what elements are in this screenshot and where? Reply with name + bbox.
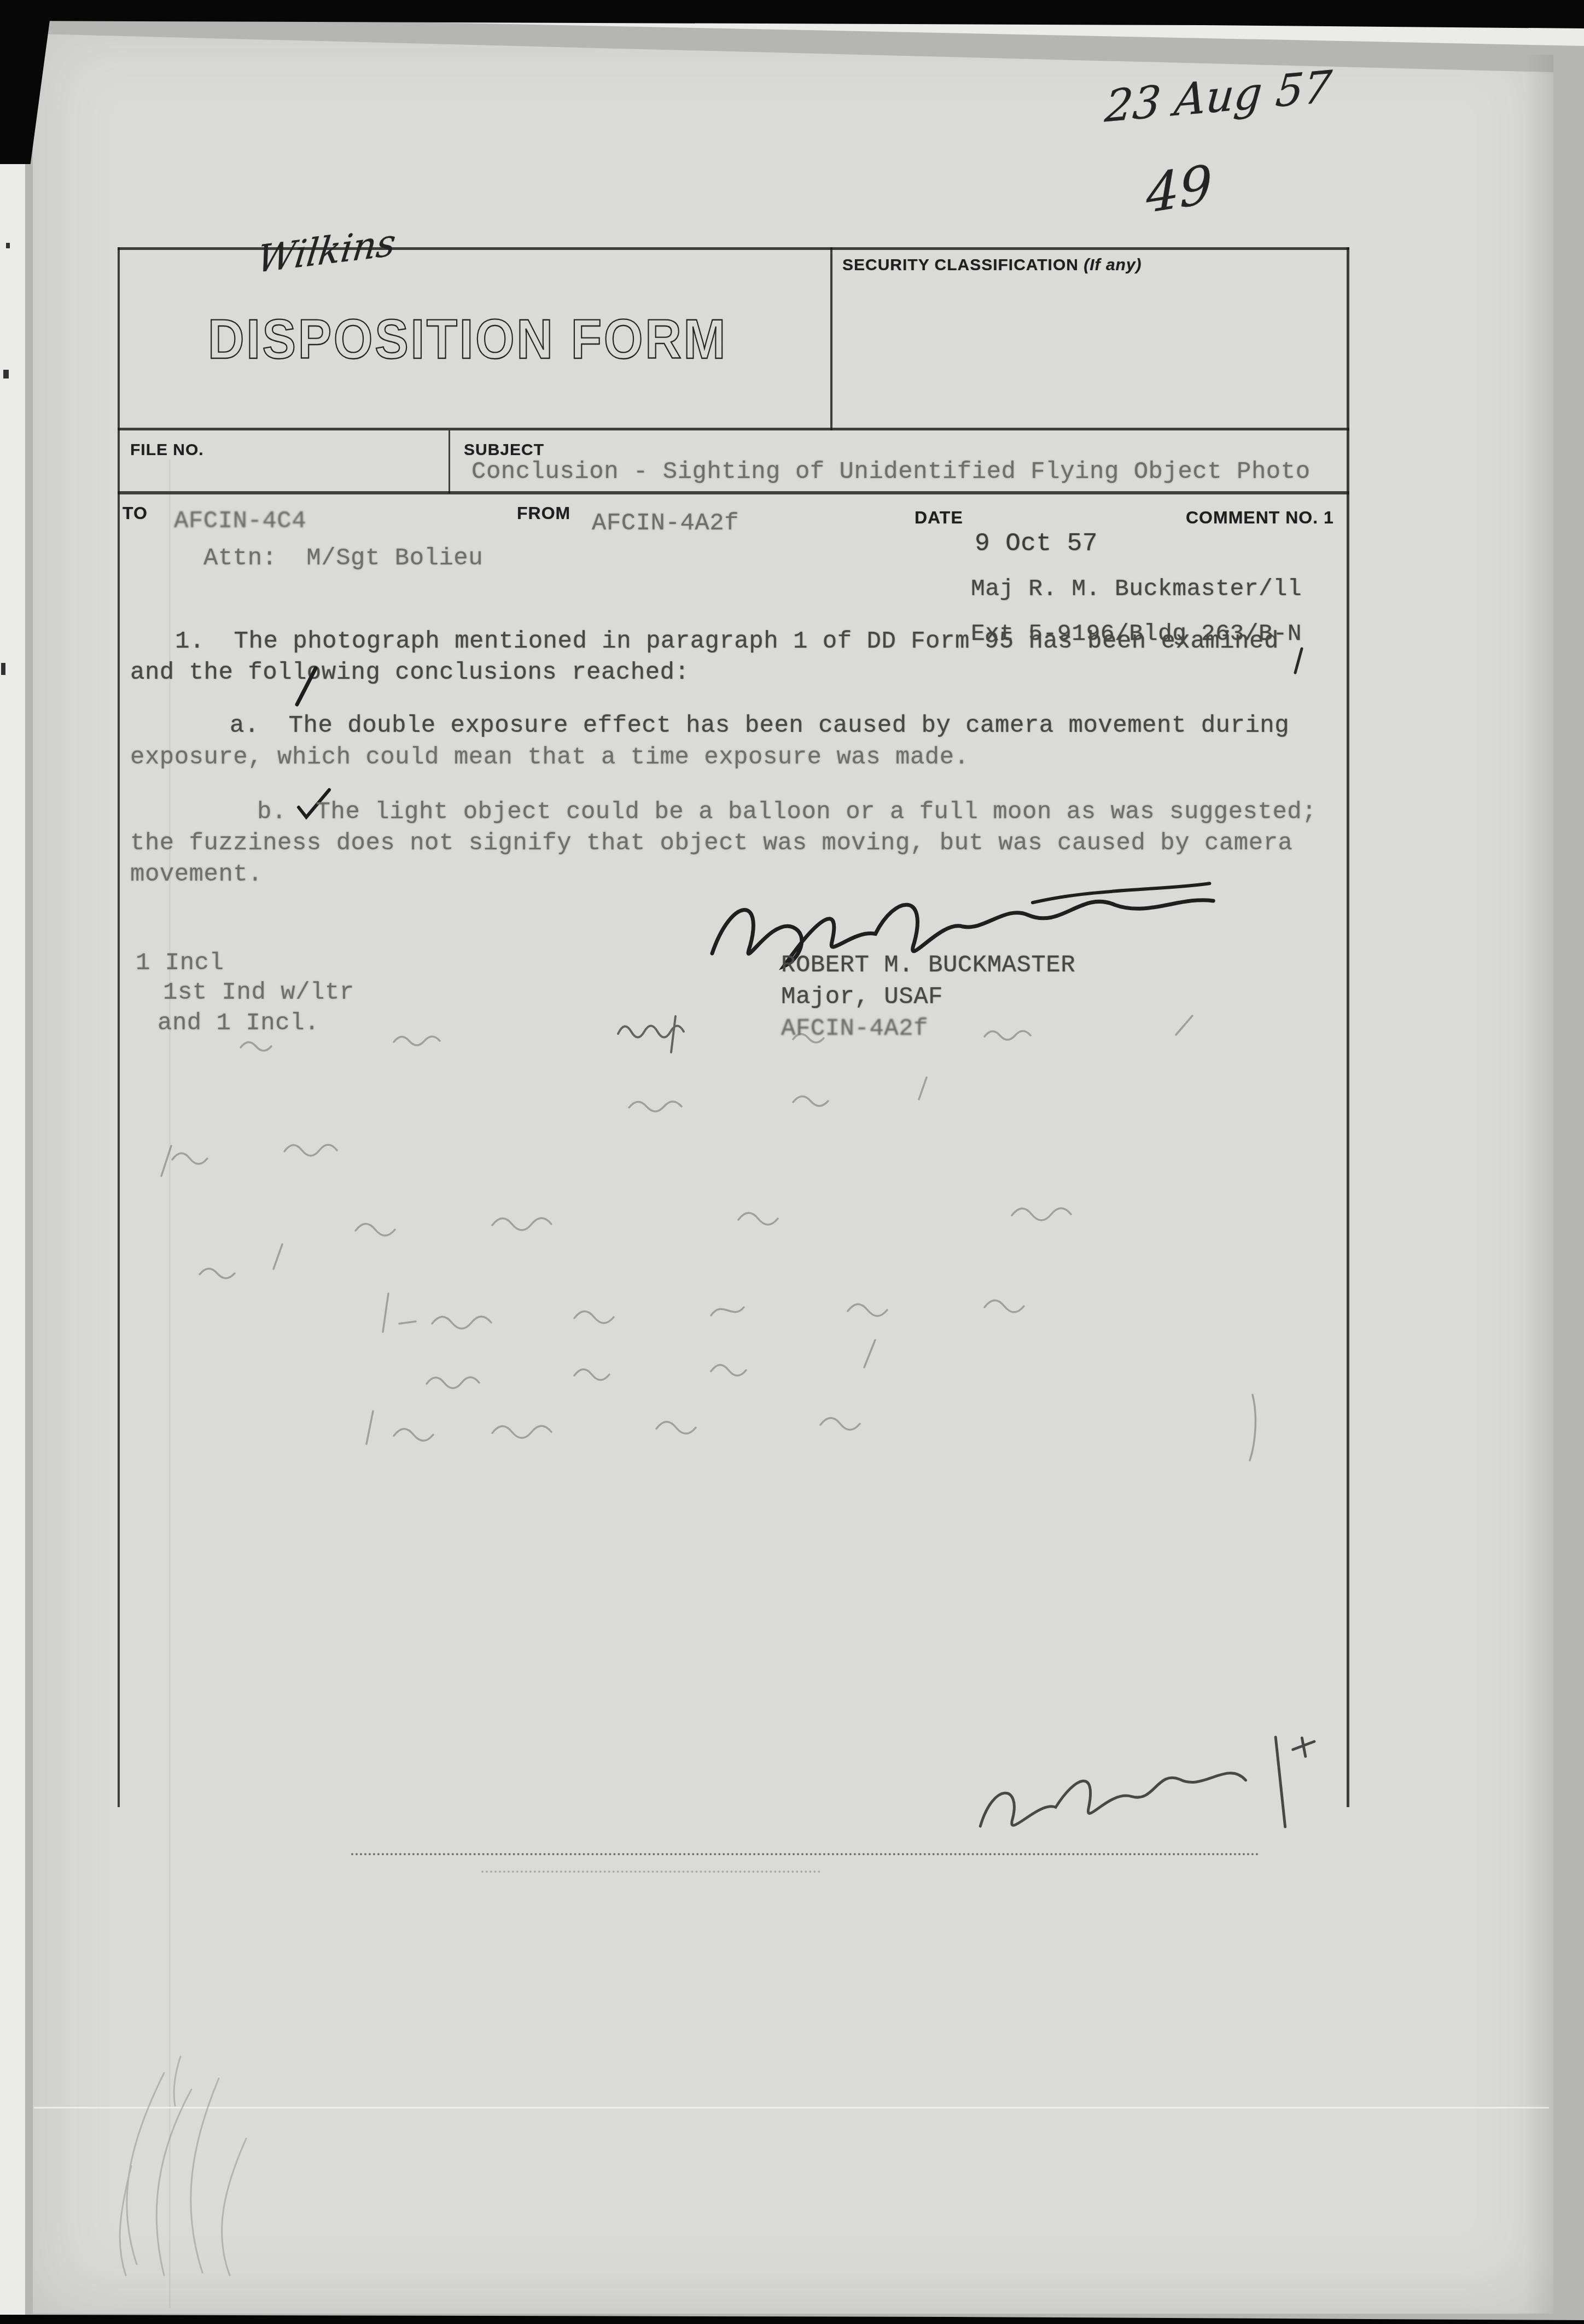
handwritten-slash-mark [293, 666, 331, 710]
para-a-line1: a. The double exposure effect has been c… [230, 712, 1289, 739]
comment-no-label: COMMENT NO. 1 [1186, 508, 1334, 528]
scan-speck [3, 370, 9, 378]
para1-line2: and the following conclusions reached: [130, 659, 689, 686]
scan-speck [6, 243, 10, 248]
handwritten-page-number: 49 [1146, 153, 1213, 225]
signature-name: ROBERT M. BUCKMASTER [781, 952, 1075, 979]
paper-edge-shade [1525, 55, 1553, 2314]
subject-label: SUBJECT [464, 441, 544, 459]
date-label: DATE [915, 508, 963, 528]
security-divider [830, 247, 832, 430]
to-label: TO [123, 503, 148, 523]
scan-speck [1, 663, 5, 675]
pencil-scribbles [109, 1012, 1367, 1515]
enclosure-line2: 1st Ind w/ltr [163, 979, 354, 1006]
pencil-scratches [49, 2057, 345, 2297]
from-value: AFCIN-4A2f [592, 510, 739, 537]
security-classification-label-main: SECURITY CLASSIFICATION [842, 256, 1084, 274]
security-classification-label-paren: (If any) [1084, 256, 1142, 274]
signature-rank: Major, USAF [781, 983, 943, 1011]
file-no-label: FILE NO. [130, 441, 204, 459]
para-b-line1: b. The light object could be a balloon o… [257, 799, 1317, 826]
subject-bottom-rule [118, 491, 1349, 494]
para-b-line3: movement. [130, 861, 263, 888]
form-title-svg: DISPOSITION FORM [205, 304, 758, 375]
from-label: FROM [517, 503, 570, 523]
form-title: DISPOSITION FORM [208, 308, 727, 370]
fileno-subject-divider [449, 430, 450, 493]
date-contact-line1: Maj R. M. Buckmaster/ll [971, 575, 1302, 602]
pen-tick-mark [1291, 645, 1307, 678]
header-bottom-rule [118, 428, 1349, 430]
para-b-line2: the fuzziness does not signify that obje… [130, 830, 1292, 857]
to-attn-value: Attn: M/Sgt Bolieu [203, 545, 483, 572]
para1-line1: 1. The photograph mentioned in paragraph… [175, 628, 1279, 655]
para-a-line2: exposure, which could mean that a time e… [130, 744, 969, 771]
subject-value: Conclusion - Sighting of Unidentified Fl… [471, 458, 1311, 486]
form-bottom-dotted-rule-2 [481, 1871, 820, 1873]
to-value: AFCIN-4C4 [174, 508, 306, 535]
date-value: 9 Oct 57 [975, 529, 1098, 558]
enclosure-line1: 1 Incl [136, 950, 224, 977]
security-classification-label: SECURITY CLASSIFICATION (If any) [842, 256, 1142, 275]
